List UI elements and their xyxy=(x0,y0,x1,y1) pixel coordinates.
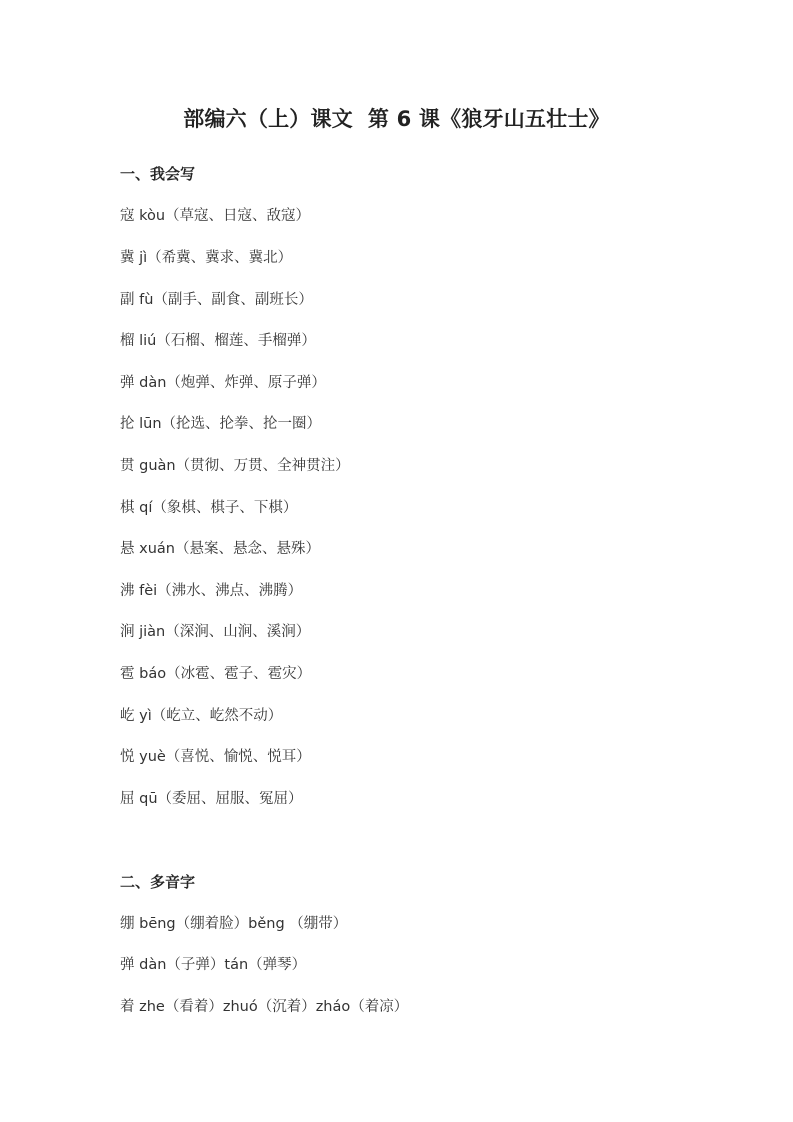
document-page: 部编六（上）课文 第 6 课《狼牙山五壮士》 一、我会写 寇 kòu（草寇、日寇… xyxy=(0,0,793,1122)
vocab-entry: 沸 fèi（沸水、沸点、沸腾） xyxy=(120,579,302,600)
section-heading-polyphones: 二、多音字 xyxy=(120,871,195,892)
polyphone-entry: 绷 bēng（绷着脸）běng （绷带） xyxy=(120,912,347,933)
vocab-entry: 屹 yì（屹立、屹然不动） xyxy=(120,704,282,725)
polyphone-entry: 弹 dàn（子弹）tán（弹琴） xyxy=(120,953,306,974)
vocab-entry: 弹 dàn（炮弹、炸弹、原子弹） xyxy=(120,371,326,392)
page-title: 部编六（上）课文 第 6 课《狼牙山五壮士》 xyxy=(0,103,793,133)
section-heading-write: 一、我会写 xyxy=(120,163,195,184)
polyphone-entry: 着 zhe（看着）zhuó（沉着）zháo（着凉） xyxy=(120,995,408,1016)
vocab-entry: 雹 báo（冰雹、雹子、雹灾） xyxy=(120,662,311,683)
vocab-entry: 冀 jì（希冀、冀求、冀北） xyxy=(120,246,292,267)
vocab-entry: 涧 jiàn（深涧、山涧、溪涧） xyxy=(120,620,310,641)
vocab-entry: 抡 lūn（抡选、抡拳、抡一圈） xyxy=(120,412,321,433)
vocab-entry: 悦 yuè（喜悦、愉悦、悦耳） xyxy=(120,745,311,766)
vocab-entry: 榴 liú（石榴、榴莲、手榴弹） xyxy=(120,329,316,350)
vocab-entry: 副 fù（副手、副食、副班长） xyxy=(120,288,313,309)
vocab-entry: 贯 guàn（贯彻、万贯、全神贯注） xyxy=(120,454,350,475)
vocab-entry: 寇 kòu（草寇、日寇、敌寇） xyxy=(120,204,310,225)
vocab-entry: 悬 xuán（悬案、悬念、悬殊） xyxy=(120,537,320,558)
vocab-entry: 屈 qū（委屈、屈服、冤屈） xyxy=(120,787,303,808)
vocab-entry: 棋 qí（象棋、棋子、下棋） xyxy=(120,496,297,517)
